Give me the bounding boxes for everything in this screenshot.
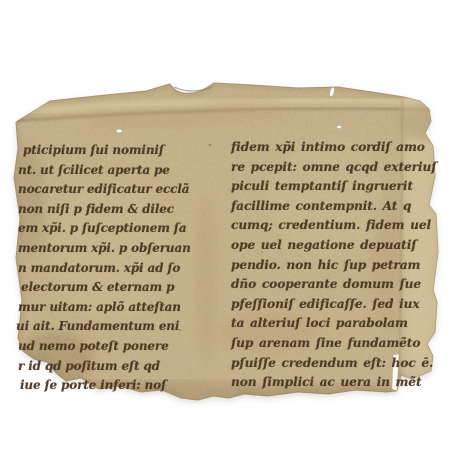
stain [85,108,215,128]
manuscript-line: cumq; credentium. fidem uel [231,216,436,236]
manuscript-line: ſup arenam ſine fundamẽto [231,334,436,354]
manuscript-line: ud nemo poteſt ponere [18,337,191,357]
manuscript-line: em xp̃i. p ſuſceptionem ſa [18,219,191,239]
manuscript-line: pticipium ſui nominiſ [23,141,191,161]
manuscript-line: iue ſe porte inferi: noſ [20,376,191,396]
manuscript-line: mentorum xp̃i. p obſeruan [18,239,191,259]
manuscript-line: facillime contempnit. At q [231,197,436,217]
manuscript-line: piculi temptantiſ ingruerit [231,177,436,197]
manuscript-line: electorum & eternam p [21,278,191,298]
worm-hole [336,125,341,129]
speck [209,144,211,146]
manuscript-line: pſuiſſe credendum eſt: hoc ē. [231,354,436,374]
manuscript-line: ta alteriuſ loci parabolam [231,314,436,334]
manuscript-line: nocaretur edificatur ecclã [18,180,191,200]
stain [400,104,444,140]
manuscript-line: nt. ut ſcilicet aperta pe [18,161,191,181]
manuscript-line: re pcepit: omne qcqd exteriuſ [231,158,436,178]
text-column-right: fidem xp̃i intimo cordiſ amo re pcepit: … [231,138,436,393]
manuscript-line: r id qd poſitum eſt qd [18,357,191,377]
text-column-left: pticipium ſui nominiſ nt. ut ſcilicet ap… [18,141,191,396]
manuscript-line: pendio. non hic ſup petram [231,256,436,276]
stain [205,96,285,120]
manuscript-line: dño cooperante domum ſue [231,275,436,295]
manuscript-line: pfeſſioniſ edificaſſe. ſed iux [231,295,436,315]
manuscript-line: non ſimplici ac uera in mẽt [231,373,436,393]
manuscript-line: mur uitam: aplõ atteſtan [18,298,191,318]
manuscript-line: n mandatorum. xp̃i ad ſo [18,259,191,279]
manuscript-line: ope uel negatione depuatiſ [231,236,436,256]
manuscript-line: fidem xp̃i intimo cordiſ amo [231,138,436,158]
manuscript-line: non niſi p fidem & dilec [18,200,191,220]
worm-hole [116,129,122,133]
manuscript-line: ui ait. Fundamentum eni [16,317,191,337]
photo-canvas: pticipium ſui nominiſ nt. ut ſcilicet ap… [0,0,460,460]
gutter-shading [196,195,216,365]
